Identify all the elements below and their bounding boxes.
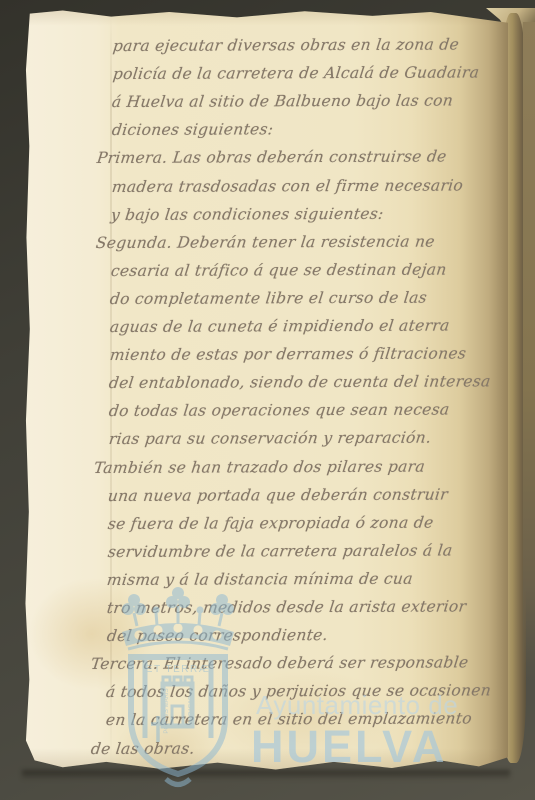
- manuscript-line: diciones siguientes:: [111, 121, 275, 140]
- manuscript-line: aguas de la cuneta é impidiendo el aterr…: [109, 317, 451, 336]
- manuscript-line: para ejecutar diversas obras en la zona …: [112, 35, 460, 55]
- manuscript-line: á Huelva al sitio de Balbueno bajo las c…: [111, 92, 454, 111]
- manuscript-line: miento de estas por derrames ó filtracio…: [109, 345, 467, 365]
- manuscript-line: se fuera de la faja expropiada ó zona de: [107, 513, 435, 532]
- manuscript-line: en la carretera en el sitio del emplazam…: [105, 710, 473, 730]
- manuscript-line: y bajo las condiciones siguientes:: [110, 204, 385, 223]
- handwriting-block: para ejecutar diversas obras en la zona …: [0, 0, 535, 800]
- manuscript-line: madera trasdosadas con el firme necesari…: [110, 176, 463, 196]
- manuscript-line: servidumbre de la carretera paralelos á …: [106, 541, 453, 561]
- scanned-document: para ejecutar diversas obras en la zona …: [0, 0, 535, 800]
- manuscript-line: cesaria al tráfico á que se destinan dej…: [109, 260, 447, 279]
- manuscript-line: policía de la carretera de Alcalá de Gua…: [112, 63, 480, 83]
- manuscript-line: rias para su conservación y reparación.: [108, 429, 432, 448]
- manuscript-line: del paseo correspondiente.: [106, 626, 329, 645]
- manuscript-line: una nueva portada que deberán construir: [107, 485, 449, 504]
- manuscript-line: á todos los daños y perjuicios que se oc…: [105, 682, 492, 702]
- manuscript-line: Primera. Las obras deberán construirse d…: [96, 148, 448, 168]
- manuscript-line: del entablonado, siendo de cuenta del in…: [108, 373, 492, 393]
- manuscript-line: Tercera. El interesado deberá ser respon…: [90, 654, 470, 674]
- manuscript-line: misma y á la distancia mínima de cua: [106, 570, 414, 589]
- manuscript-line: También se han trazado dos pilares para: [92, 457, 425, 476]
- manuscript-line: tro metros, medidos desde la arista exte…: [106, 597, 468, 617]
- manuscript-line: do completamente libre el curso de las: [109, 289, 428, 308]
- manuscript-line: Segunda. Deberán tener la resistencia ne: [95, 232, 436, 251]
- manuscript-line: de las obras.: [89, 739, 195, 757]
- manuscript-line: do todas las operaciones que sean necesa: [108, 401, 451, 420]
